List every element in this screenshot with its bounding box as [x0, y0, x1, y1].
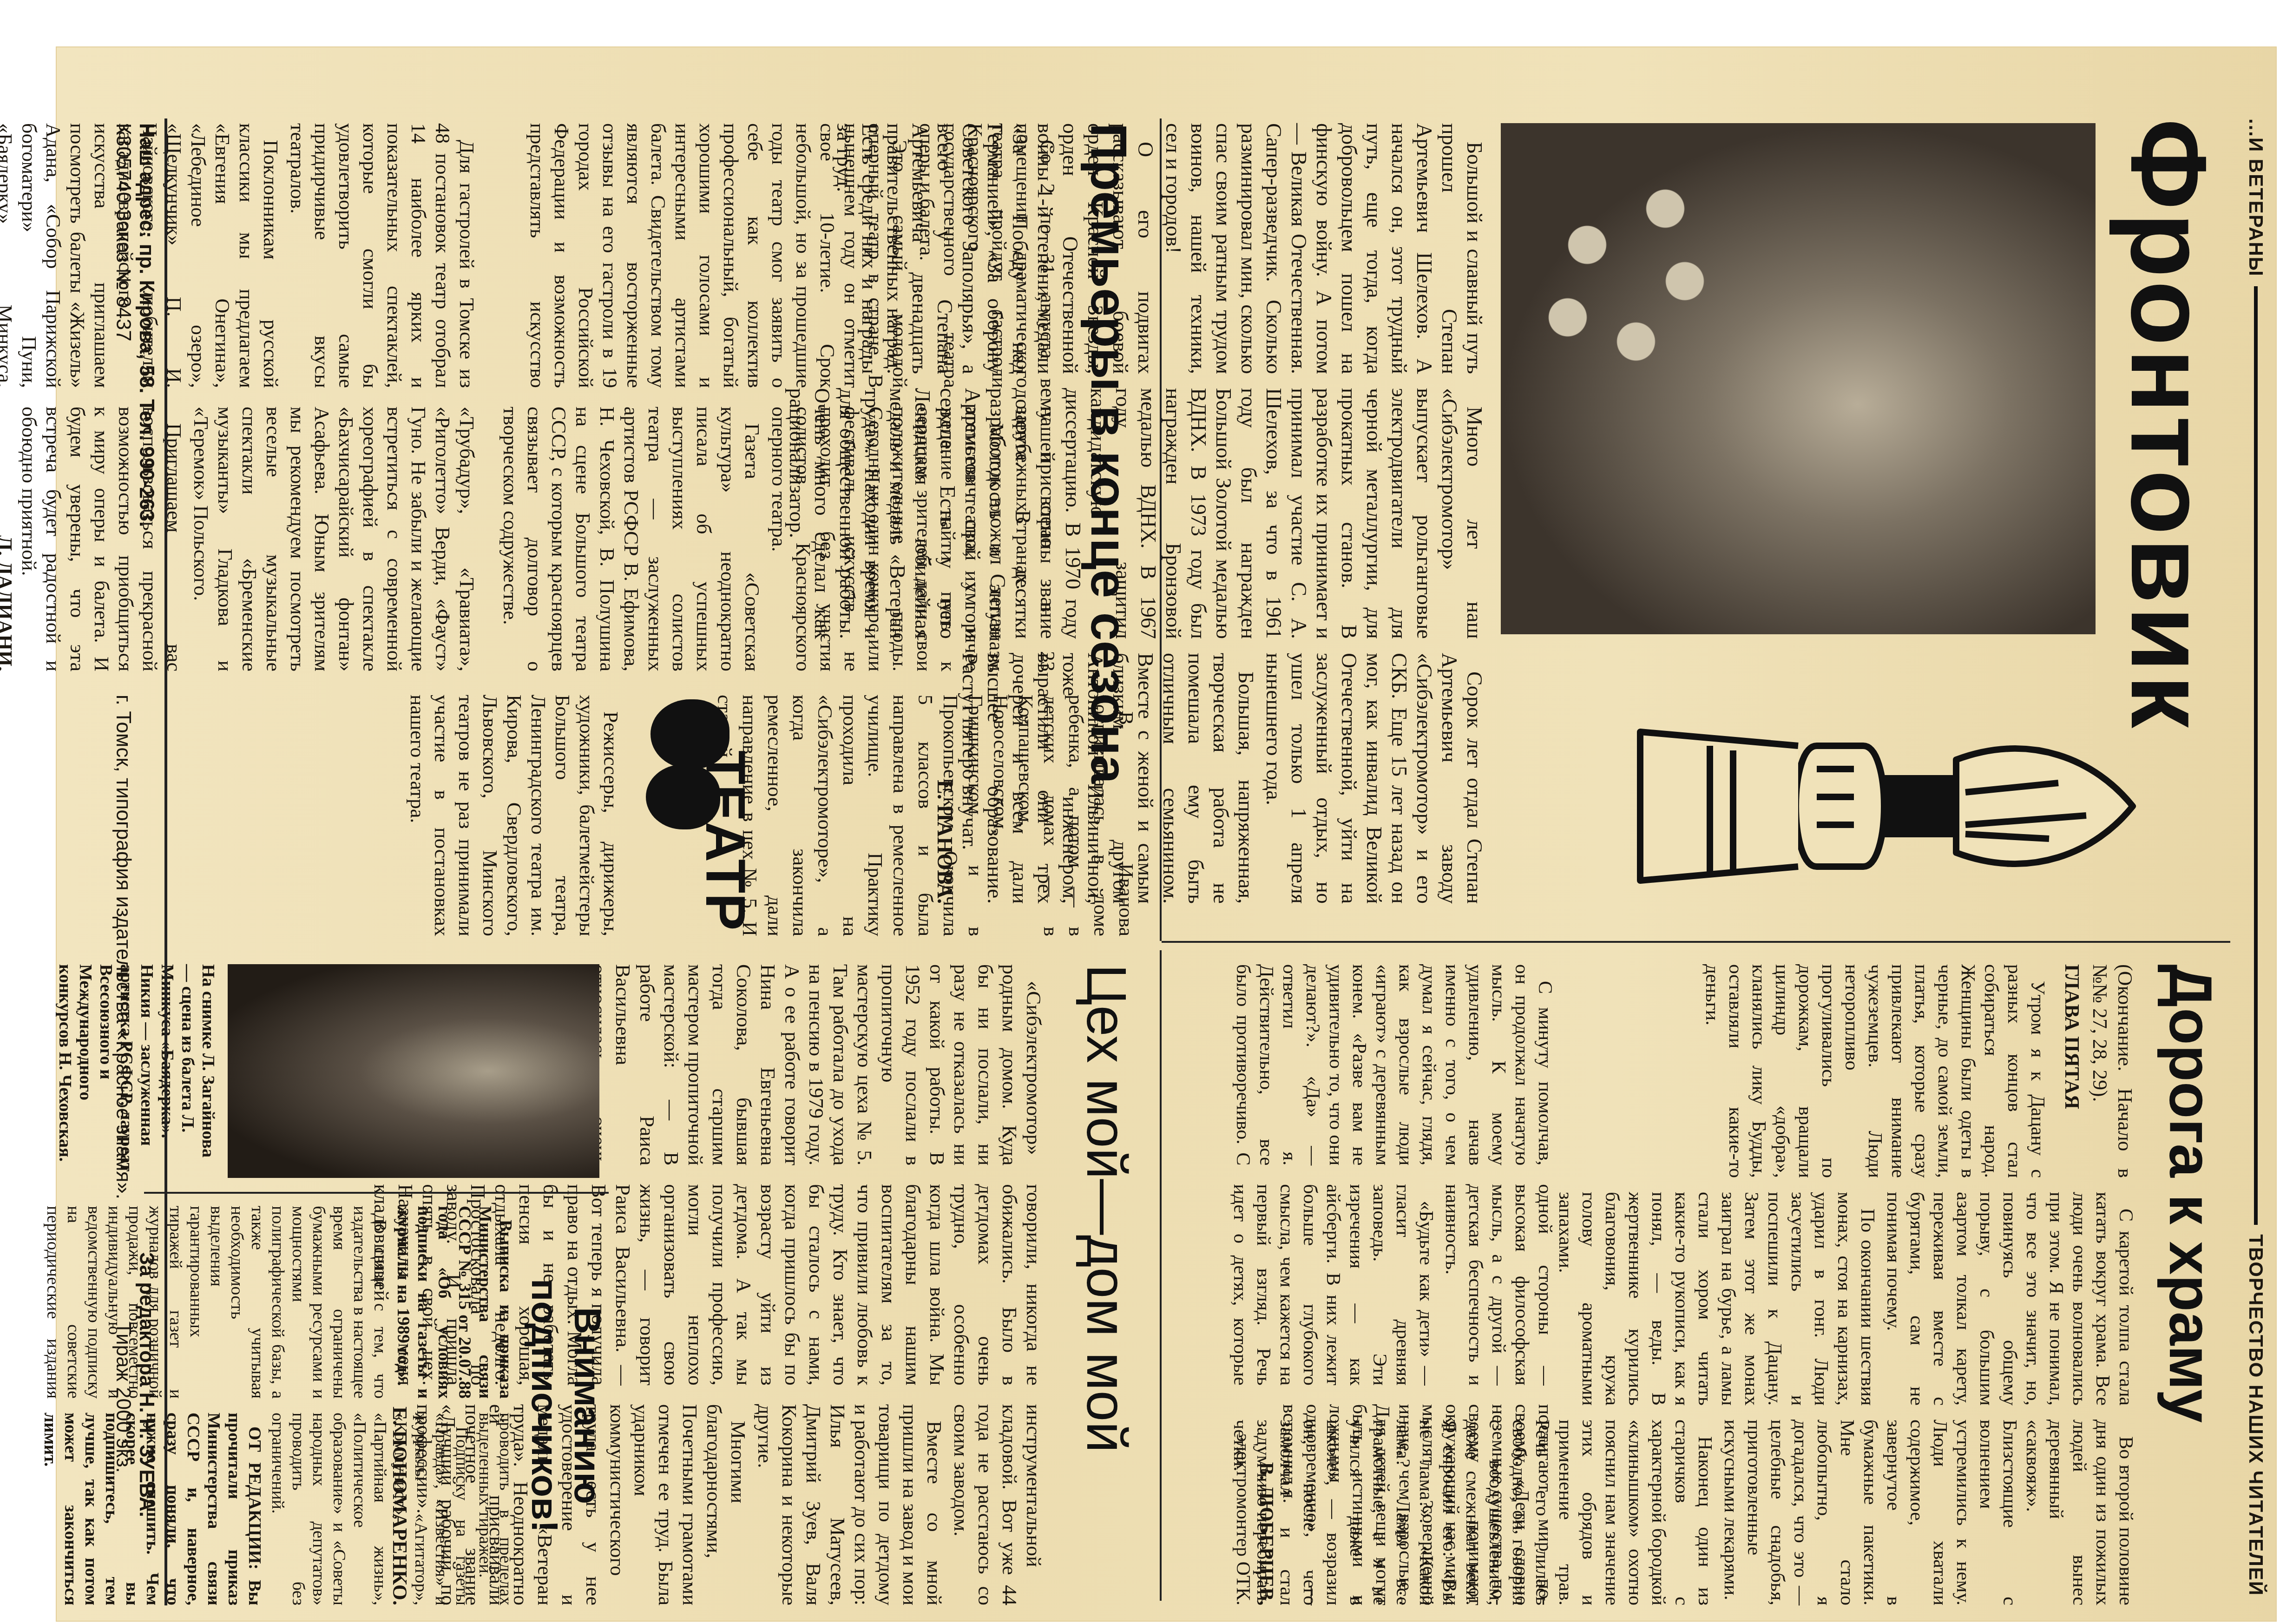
newspaper-page: ...И ВЕТЕРАНЫ ТВОРЧЕСТВО НАШИХ ЧИТАТЕЛЕЙ… [107, 91, 2291, 1624]
doroga-col4: С минуту помолчав, он продолжал начатую … [1229, 964, 1557, 1605]
premiery-title: Премьеры в конце сезона [1079, 123, 1138, 784]
section-divider [1160, 950, 1162, 1601]
frontovik-paragraph: Сорок лет отдал Степан Артемьевич заводу… [1261, 653, 1487, 904]
frontovik-title: Фронтовик [2107, 118, 2230, 731]
column-divider [1162, 941, 2230, 943]
premiery-paragraph: Режиссеры, дирижеры, художники, балетмей… [405, 695, 623, 936]
premiery-body-3: Для гастролей в Томске из 48 постановок … [0, 123, 479, 671]
doroga-signature: В. ЛЮБЕРЦЕВ, электромонтер ОТК. [1231, 1404, 1278, 1605]
ballet-scene-photo [228, 964, 599, 1178]
footer-editor: За редактора Н. Н. ЗУЕВА. [135, 1252, 158, 1517]
premiery-body: Со 2 по 31 августа в помещении драматиче… [498, 123, 1059, 671]
premiery-paragraph: Для гастролей в Томске из 48 постановок … [285, 123, 479, 388]
tseh-title: Цех мой—дом мой [1074, 964, 1138, 1453]
doroga-col1: Утром я к Дацану с разных концов стал со… [1701, 964, 2049, 1178]
tseh-intro: В. Иванова воспитывалась в доме ребенка,… [712, 695, 1138, 936]
torch-hand-illustration [1594, 676, 2151, 936]
tseh-paragraph: Вместе со мной пришли на завод и мои тов… [753, 1404, 946, 1605]
doroga-title: Дорога к храму [2156, 964, 2226, 1423]
rubric-veterans: ...И ВЕТЕРАНЫ [2245, 118, 2267, 277]
doroga-paragraph: Во второй половине дня один из пожилых л… [1719, 1420, 2137, 1605]
premiery-paragraph: Со 2 по 31 августа в помещении драматиче… [914, 123, 1059, 388]
premiery-signature: Л. ДАДИАНИ, завлит театра. [0, 407, 17, 671]
vnimanie-paragraph: Подписку на газеты «Правда», «Известия» … [268, 1413, 472, 1605]
tseh-paragraph: В. Иванова воспитывалась в доме ребенка,… [712, 695, 1138, 936]
rubric-readers-creativity: ТВОРЧЕСТВО НАШИХ ЧИТАТЕЛЕЙ [2245, 1234, 2267, 1596]
doroga-chapter: ГЛАВА ПЯТАЯ [2059, 964, 2084, 1178]
frontovik-paragraph: Большой и славный путь прошел Степан Арт… [1161, 123, 1487, 374]
ballet-photo-caption: На снимке Л. Загайнова — сцена из балета… [55, 964, 218, 1178]
premiery-paragraph: Приглашаем вас воспользоваться прекрасно… [17, 407, 186, 671]
premiery-body-2: Режиссеры, дирижеры, художники, балетмей… [405, 695, 623, 936]
torch-icon [1594, 676, 2151, 936]
footer-circulation: Тираж 2000 экз. [112, 1322, 135, 1473]
footer-order: К305740 Заказ № 8437 [112, 123, 135, 342]
medals-icon [1529, 160, 1724, 402]
doroga-paragraph: Утром я к Дацану с разных концов стал со… [1701, 964, 2049, 1178]
footer-printer: г. Томск, типография издательства «Красн… [112, 695, 135, 1199]
doroga-paragraph: С каретой толпа стала катать вокруг храм… [1882, 1192, 2137, 1406]
doroga-continuation-note: (Окончание. Начало в №№ 27, 28, 29). [2087, 964, 2137, 1178]
page-header: ...И ВЕТЕРАНЫ ТВОРЧЕСТВО НАШИХ ЧИТАТЕЛЕЙ [2240, 118, 2272, 1596]
vnimanie-paragraph: Выписка из приказа Министерства связи СС… [393, 1206, 516, 1399]
doroga-note: (Окончание. Начало в №№ 27, 28, 29). ГЛА… [2059, 964, 2137, 1178]
teatr-logo: ТЕАТР [637, 695, 757, 936]
footer-rule [164, 118, 167, 1605]
premiery-paragraph: Молодость и энтузиазм артистов театра, и… [767, 407, 1008, 671]
premiery-paragraph: Газета «Советская культура» неоднократно… [498, 407, 764, 671]
header-rule [2254, 286, 2258, 1225]
veteran-portrait-photo [1501, 123, 2096, 634]
doroga-paragraph: По окончании шествия монах, стоя на карн… [1554, 1192, 1879, 1406]
doroga-col2: С каретой толпа стала катать вокруг храм… [1554, 1192, 2137, 1406]
teatr-logo-label: ТЕАТР [693, 750, 757, 930]
vnimanie-title: Вниманию подписчиков! [523, 1206, 609, 1605]
newspaper-sheet: ...И ВЕТЕРАНЫ ТВОРЧЕСТВО НАШИХ ЧИТАТЕЛЕЙ… [56, 46, 2277, 1622]
section-divider [1160, 118, 1162, 941]
footer-address: Наш адрес: пр. Кирова, 58. Тел. 990-263. [135, 123, 158, 527]
column-divider [144, 1192, 609, 1194]
